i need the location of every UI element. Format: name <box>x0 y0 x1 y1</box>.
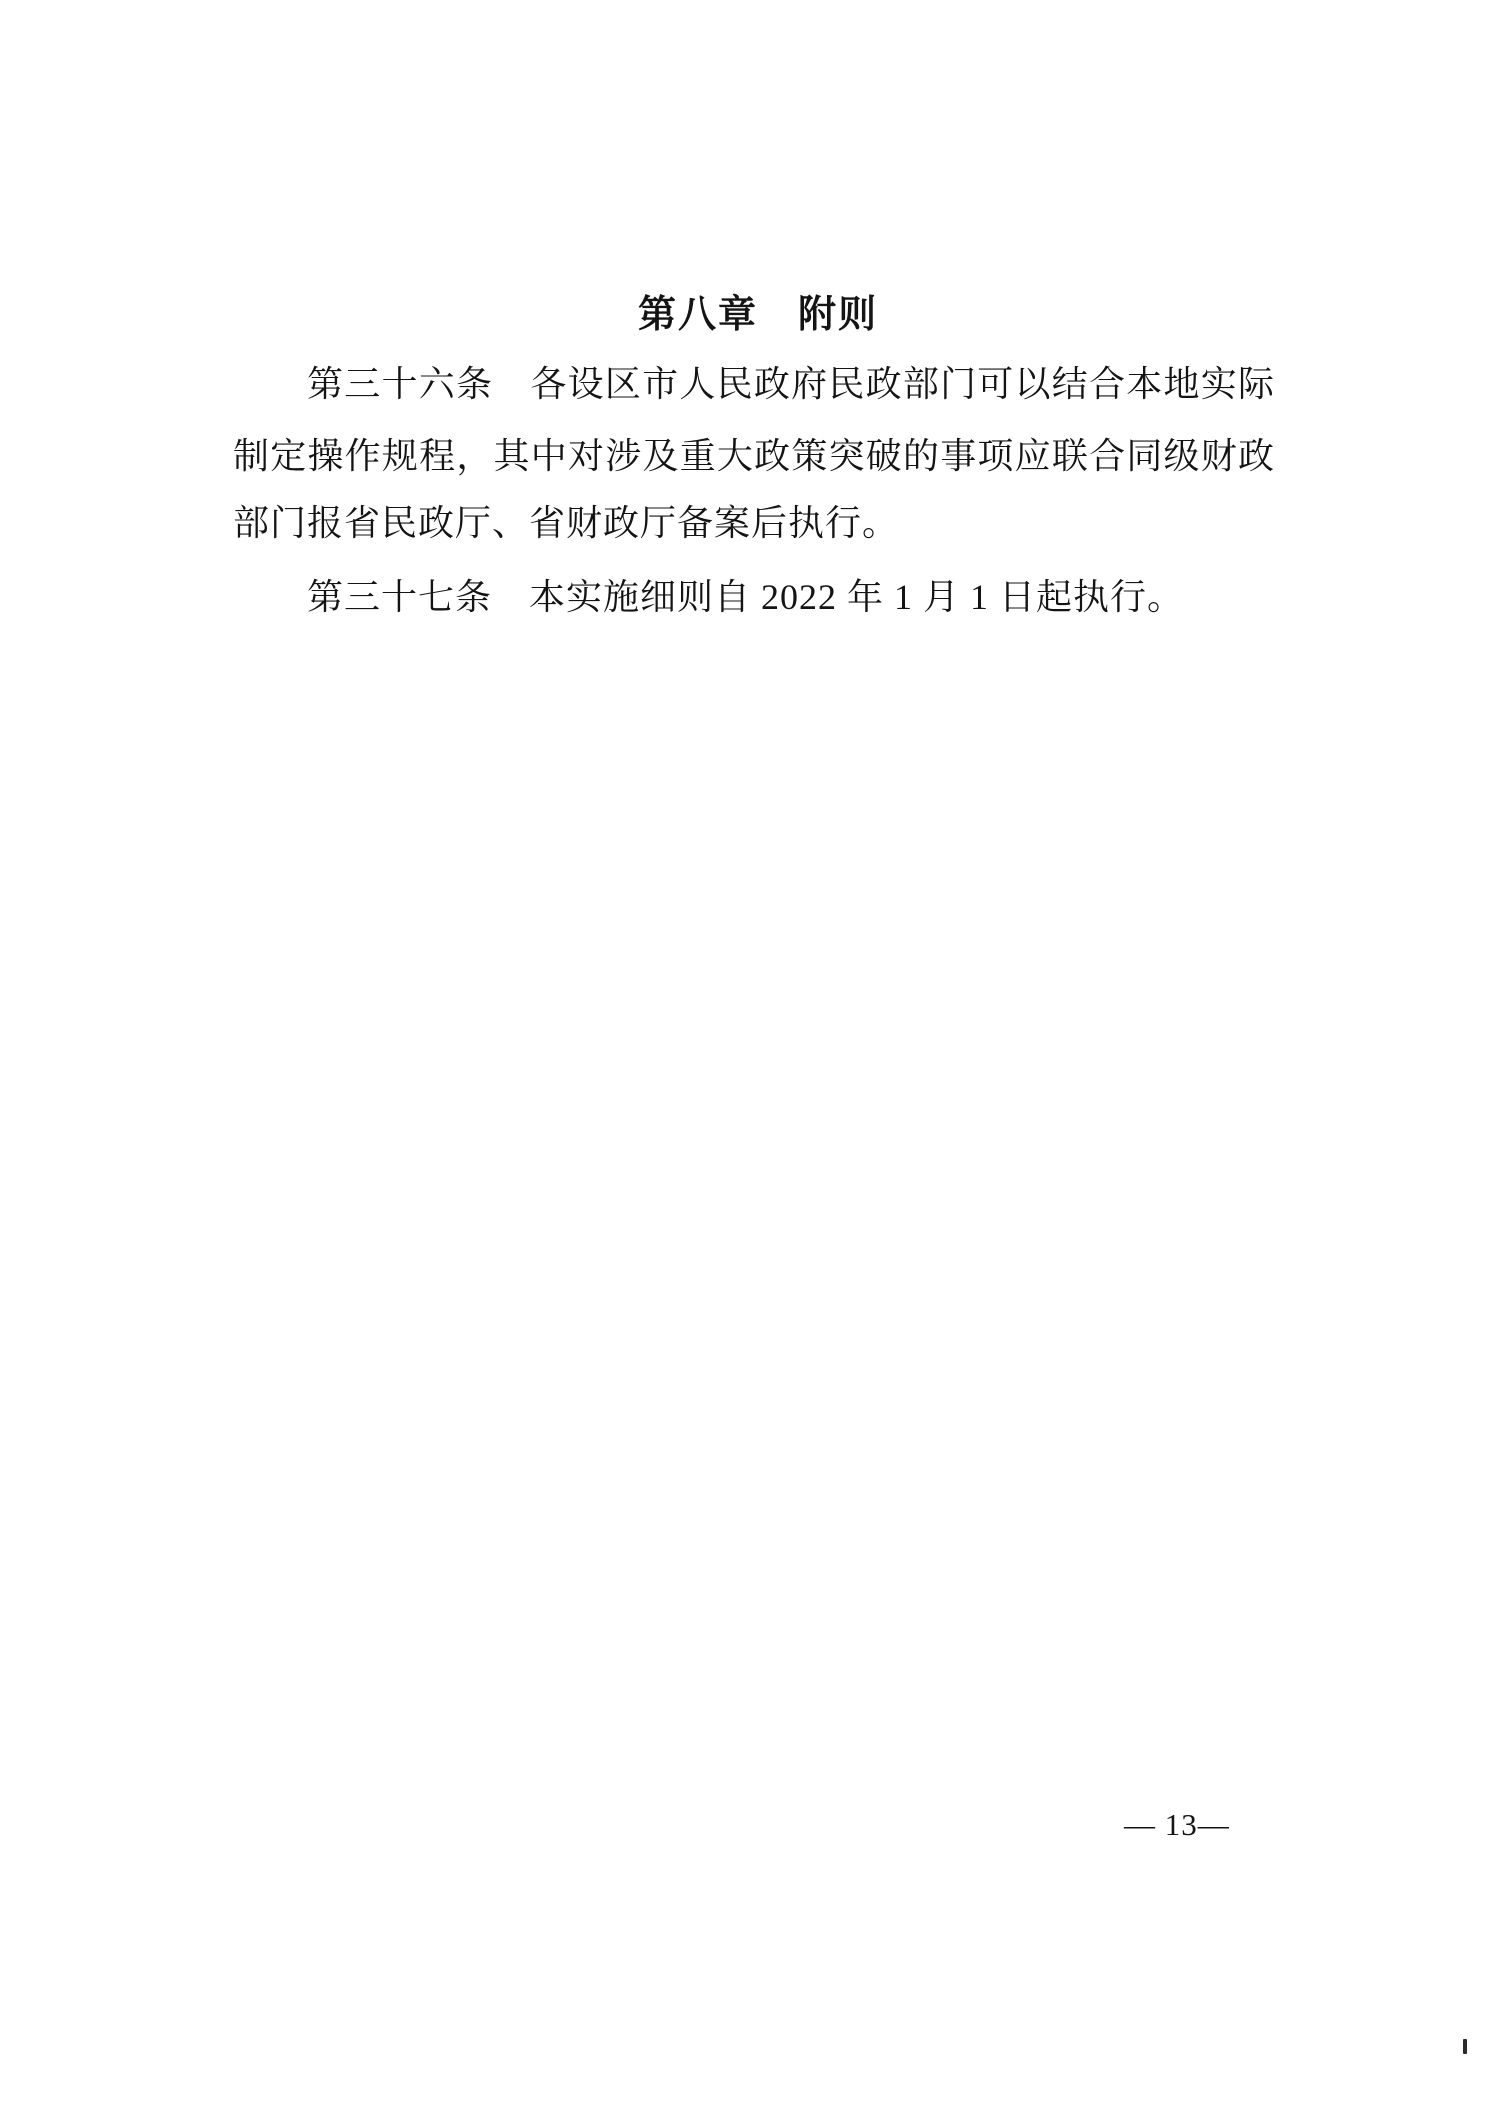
chapter-heading: 第八章 附则 <box>0 293 1487 337</box>
page-number: — 13— <box>1124 1806 1230 1844</box>
article-37-line-1: 第三十七条 本实施细则自 2022 年 1 月 1 日起执行。 <box>233 575 1274 619</box>
document-page: 第八章 附则 第三十六条 各设区市人民政府民政部门可以结合本地实际 制定操作规程… <box>0 0 1487 2105</box>
scan-speck-artifact <box>1463 2039 1467 2054</box>
article-36-line-3: 部门报省民政厅、省财政厅备案后执行。 <box>233 501 1274 545</box>
article-36-line-2: 制定操作规程，其中对涉及重大政策突破的事项应联合同级财政 <box>233 434 1274 478</box>
article-36-line-1: 第三十六条 各设区市人民政府民政部门可以结合本地实际 <box>233 362 1274 406</box>
